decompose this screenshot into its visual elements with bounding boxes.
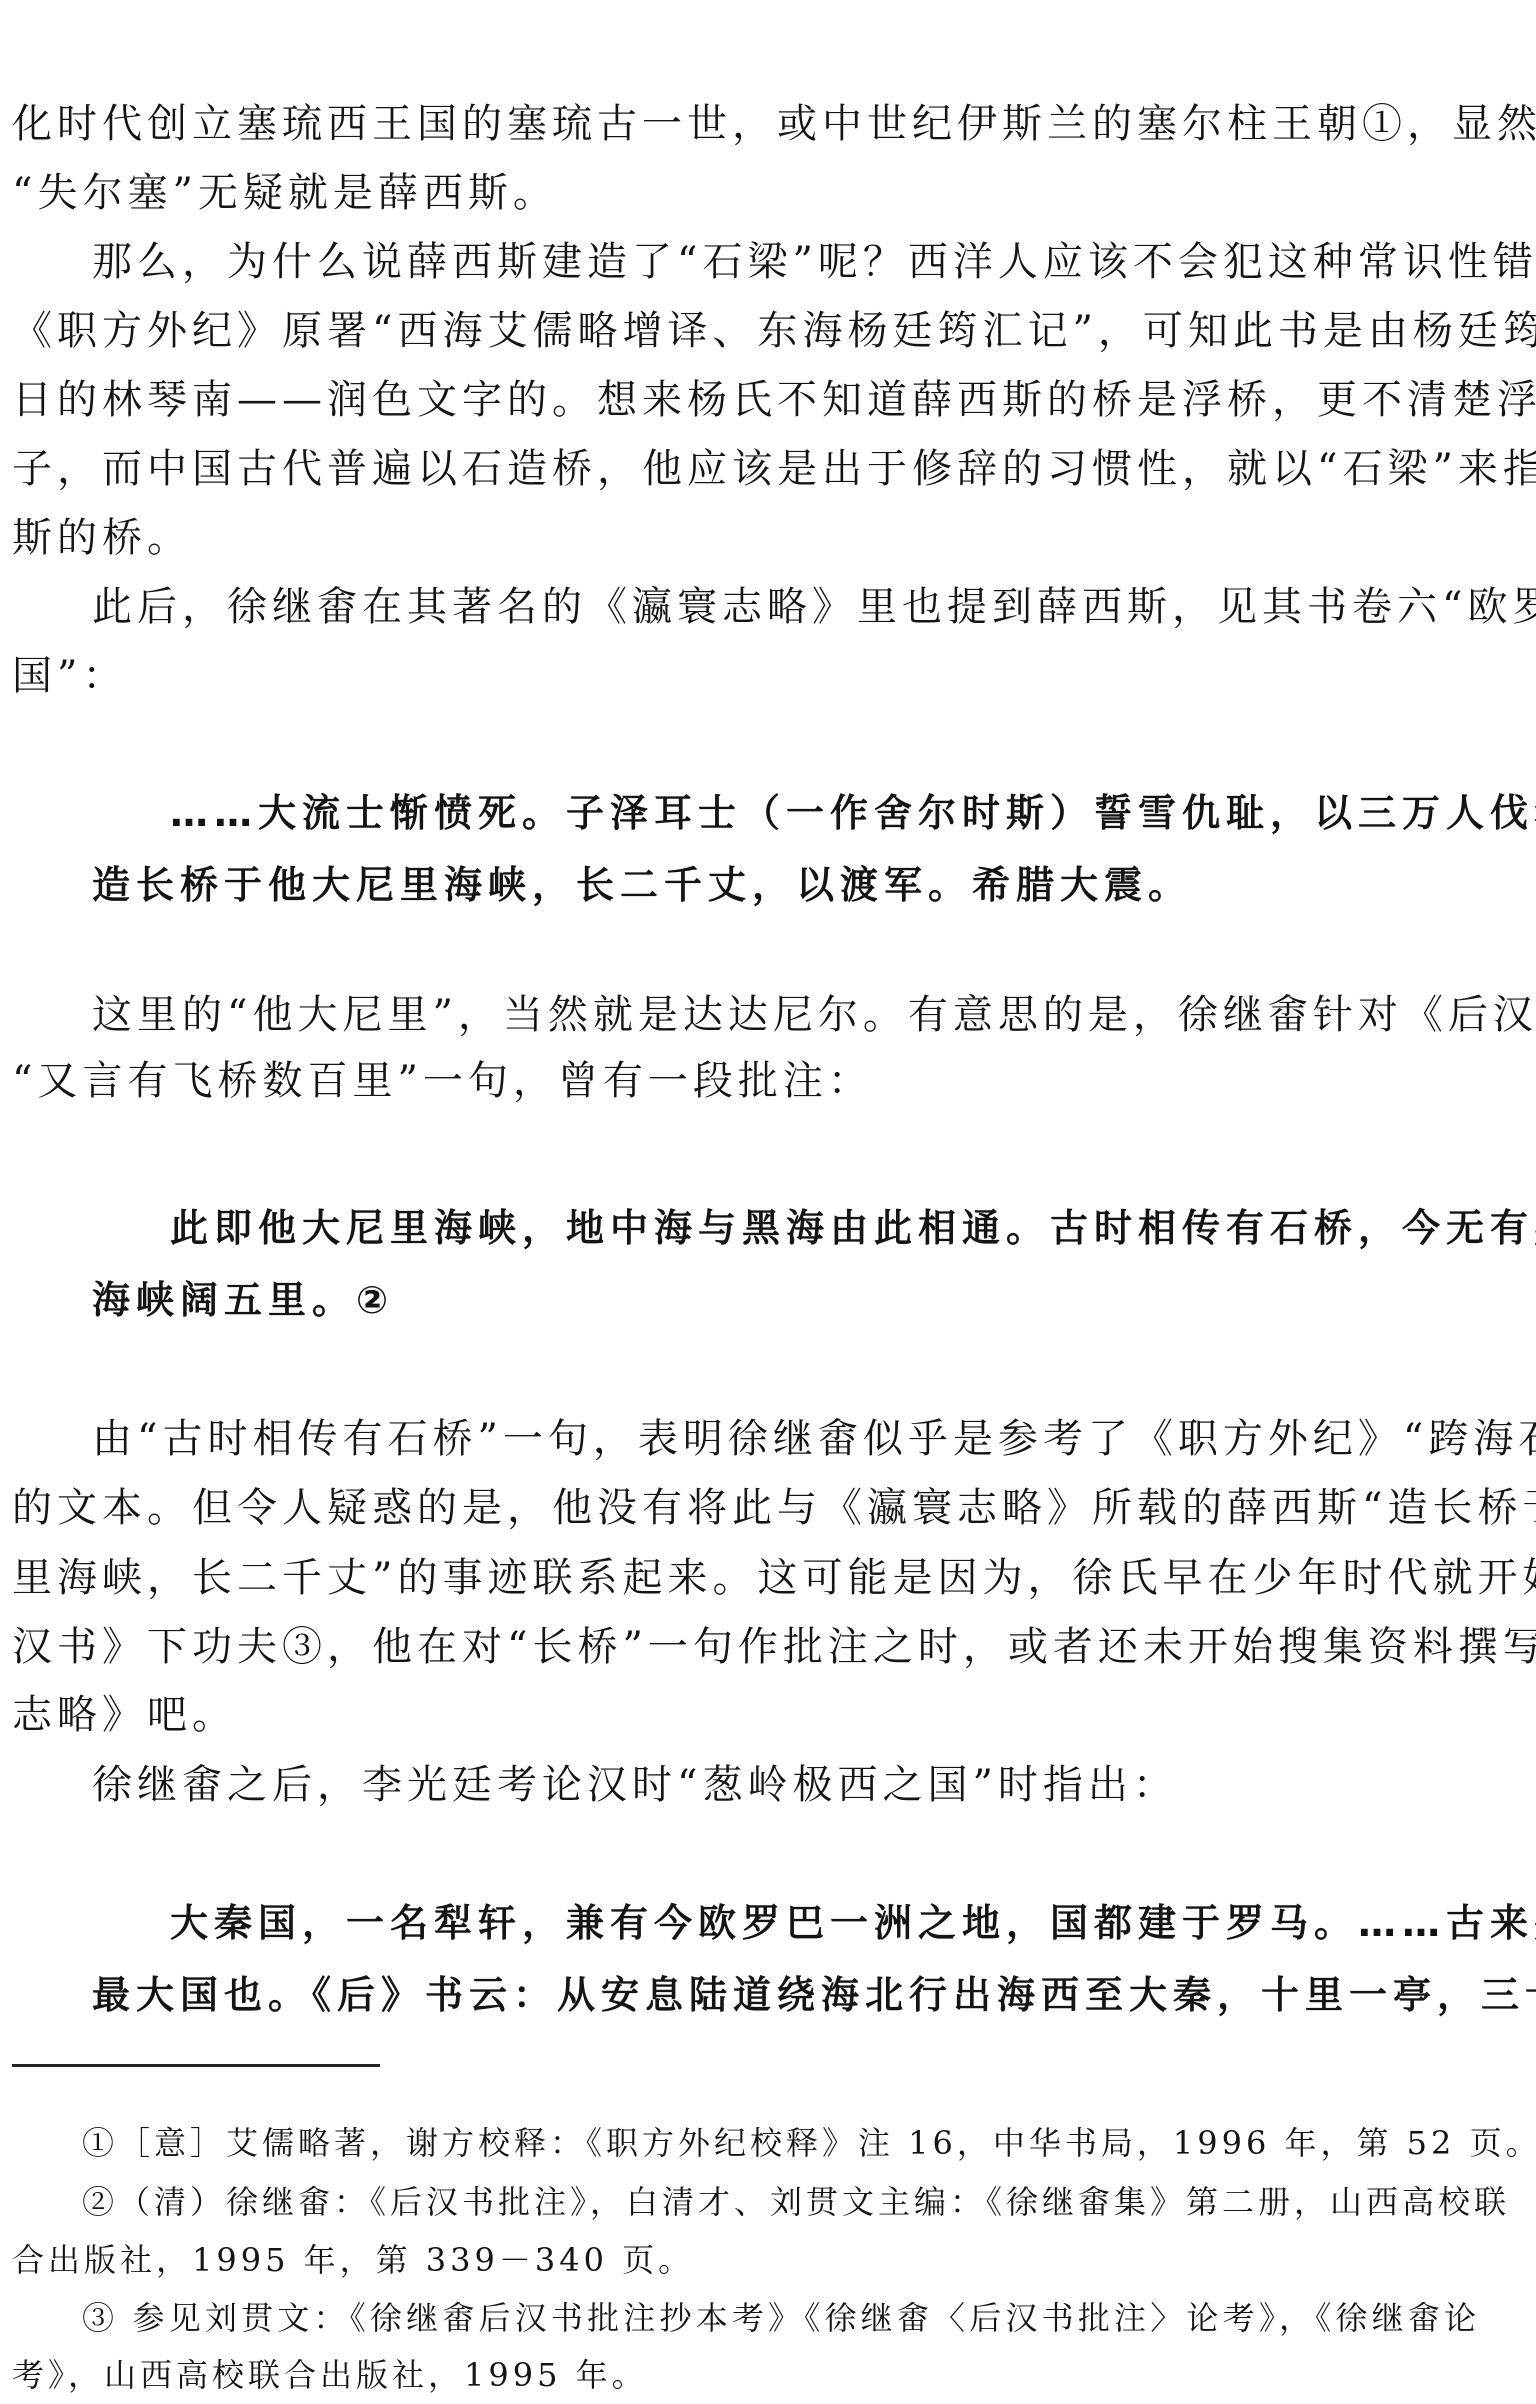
block-quote-line: 大秦国，一名犁轩，兼有今欧罗巴一洲之地，国都建于罗马。……古来外藩中 — [170, 1904, 1480, 1942]
body-text-line: 的文本。但令人疑惑的是，他没有将此与《瀛寰志略》所载的薛西斯“造长桥于他大尼 — [12, 1488, 1480, 1528]
footnote-3: ③ 参见刘贯文：《徐继畬后汉书批注抄本考》《徐继畬〈后汉书批注〉论考》，《徐继畬… — [82, 2302, 1480, 2334]
body-text-line: 子，而中国古代普遍以石造桥，他应该是出于修辞的习惯性，就以“石梁”来指称薛西 — [12, 449, 1480, 489]
footnote-separator — [12, 2064, 380, 2067]
block-quote-line: 海峡阔五里。② — [92, 1281, 394, 1319]
block-quote-line: 最大国也。《后》书云：从安息陆道绕海北行出海西至大秦，十里一亭，三十里一 — [92, 1976, 1480, 2014]
body-text-line: 日的林琴南——润色文字的。想来杨氏不知道薛西斯的桥是浮桥，更不清楚浮桥的样 — [12, 380, 1480, 420]
body-text-line: “又言有飞桥数百里”一句，曾有一段批注： — [12, 1061, 873, 1101]
body-text-line: “失尔塞”无疑就是薛西斯。 — [12, 173, 558, 213]
body-text-line: 国”： — [12, 656, 127, 696]
block-quote-line: ……大流士惭愤死。子泽耳士（一作舍尔时斯）誓雪仇耻，以三万人伐希腊。 — [170, 794, 1480, 832]
footnote-1: ①［意］艾儒略著，谢方校释：《职方外纪校释》注 16，中华书局，1996 年，第… — [82, 2127, 1536, 2159]
block-quote-line: 此即他大尼里海峡，地中海与黑海由此相通。古时相传有石桥，今无有矣。其 — [170, 1209, 1480, 1247]
body-text-line: 志略》吧。 — [12, 1695, 237, 1735]
paragraph-first-line: 那么，为什么说薛西斯建造了“石梁”呢？西洋人应该不会犯这种常识性错误。 — [92, 242, 1480, 282]
footnote-2: ②（清）徐继畬：《后汉书批注》，白清才、刘贯文主编：《徐继畬集》第二册，山西高校… — [82, 2186, 1480, 2218]
body-text-line: 化时代创立塞琉西王国的塞琉古一世，或中世纪伊斯兰的塞尔柱王朝①，显然都不正确。 — [12, 104, 1480, 144]
footnote-2-continuation: 合出版社，1995 年，第 339－340 页。 — [12, 2244, 694, 2276]
footnote-3-continuation: 考》，山西高校联合出版社，1995 年。 — [12, 2359, 648, 2391]
body-text-line: 《职方外纪》原署“西海艾儒略增译、东海杨廷筠汇记”，可知此书是由杨廷筠——当 — [12, 311, 1480, 351]
block-quote-line: 造长桥于他大尼里海峡，长二千丈，以渡军。希腊大震。 — [92, 866, 1192, 904]
body-text-line: 汉书》下功夫③，他在对“长桥”一句作批注之时，或者还未开始搜集资料撰写《瀛寰 — [12, 1627, 1480, 1667]
paragraph-first-line: 由“古时相传有石桥”一句，表明徐继畬似乎是参考了《职方外纪》“跨海石梁” — [92, 1419, 1480, 1459]
paragraph-first-line: 此后，徐继畬在其著名的《瀛寰志略》里也提到薛西斯，见其书卷六“欧罗巴希腊 — [92, 587, 1480, 627]
paragraph-first-line: 徐继畬之后，李光廷考论汉时“葱岭极西之国”时指出： — [92, 1765, 1178, 1805]
body-text-line: 里海峡，长二千丈”的事迹联系起来。这可能是因为，徐氏早在少年时代就开始对《后 — [12, 1558, 1480, 1598]
body-text-line: 斯的桥。 — [12, 518, 192, 558]
paragraph-first-line: 这里的“他大尼里”，当然就是达达尼尔。有意思的是，徐继畬针对《后汉书》 — [92, 995, 1480, 1035]
